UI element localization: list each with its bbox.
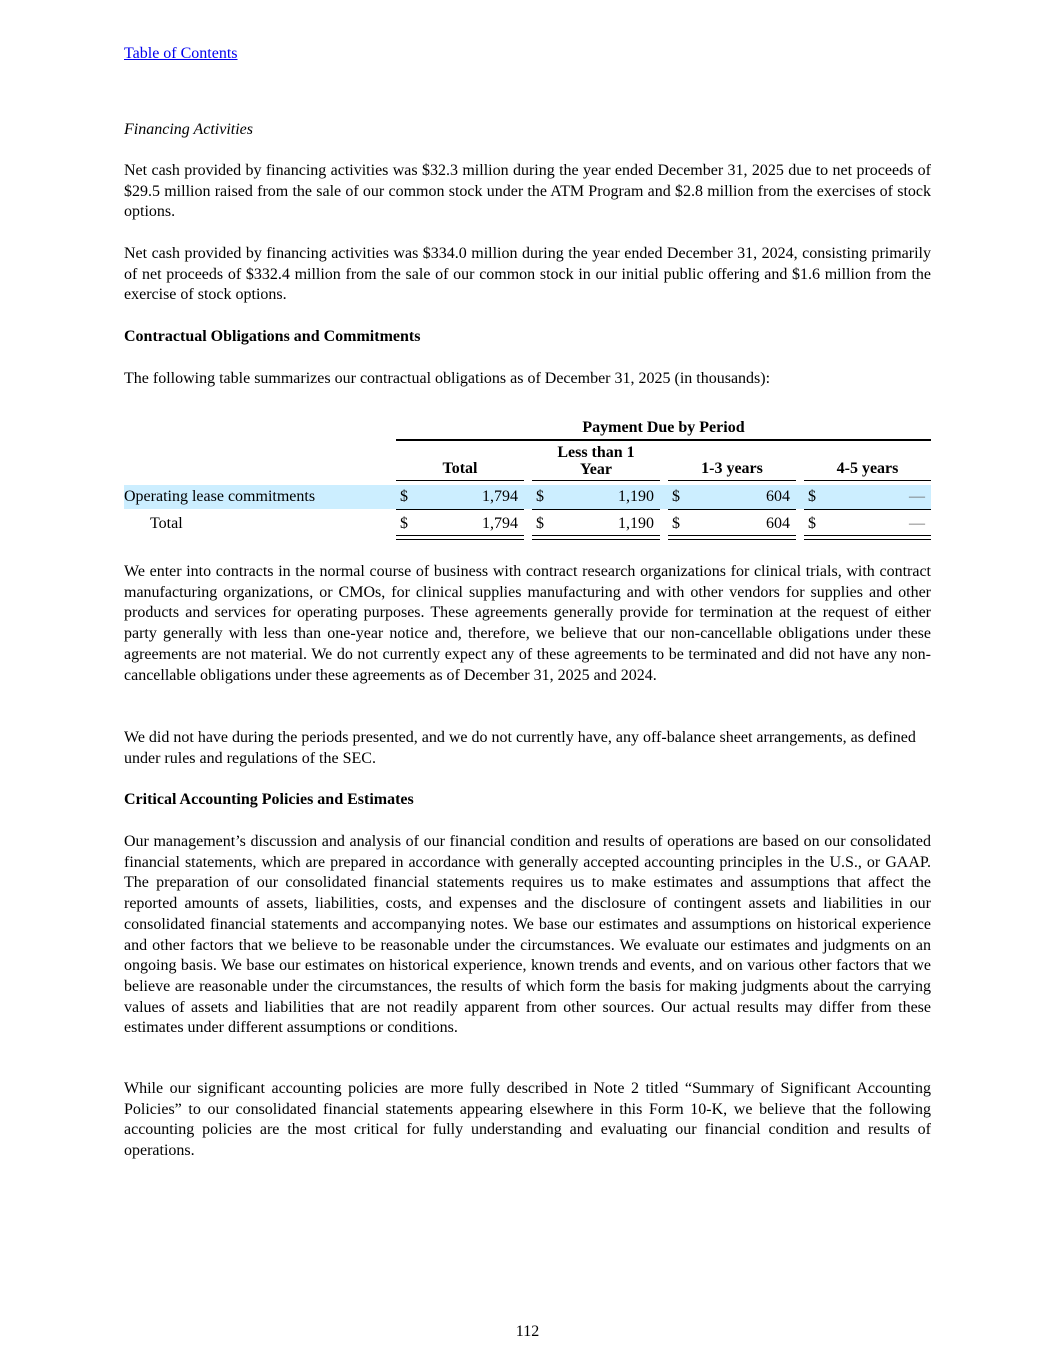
payment-due-by-period-header: Payment Due by Period [396, 418, 931, 441]
total-double-rule [532, 535, 660, 540]
critical-accounting-paragraph-1: Our management’s discussion and analysis… [124, 832, 931, 1039]
cell-total: $ 1,794 [396, 512, 524, 534]
contractual-table-intro: The following table summarizes our contr… [124, 369, 931, 390]
column-header-total: Total [396, 460, 524, 477]
cell-1-3-years: $ 604 [668, 512, 796, 534]
critical-accounting-heading: Critical Accounting Policies and Estimat… [124, 790, 414, 811]
column-header-4-5-years: 4-5 years [804, 460, 931, 477]
table-row-operating-lease: Operating lease commitments $ 1,794 $ 1,… [124, 485, 931, 509]
column-header-less-than-1-year: Less than 1 Year [532, 444, 660, 478]
contracts-paragraph: We enter into contracts in the normal co… [124, 562, 931, 686]
header-rule [396, 480, 524, 481]
header-rule [532, 480, 660, 481]
table-row-total: Total $ 1,794 $ 1,190 $ 604 $ — [124, 512, 931, 536]
critical-accounting-paragraph-2: While our significant accounting policie… [124, 1079, 931, 1162]
column-header-1-3-years: 1-3 years [668, 460, 796, 477]
row-rule [804, 509, 931, 510]
cell-total: $ 1,794 [396, 485, 524, 507]
row-label: Total [150, 514, 183, 535]
page-number: 112 [0, 1322, 1055, 1343]
cell-less-than-1-year: $ 1,190 [532, 512, 660, 534]
total-double-rule [396, 535, 524, 540]
cell-1-3-years: $ 604 [668, 485, 796, 507]
off-balance-sheet-paragraph: We did not have during the periods prese… [124, 728, 931, 769]
row-rule [668, 509, 796, 510]
table-of-contents-link[interactable]: Table of Contents [124, 44, 238, 65]
row-label: Operating lease commitments [124, 487, 315, 508]
total-double-rule [804, 535, 931, 540]
total-double-rule [668, 535, 796, 540]
cell-4-5-years: $ — [804, 512, 931, 534]
financing-activities-heading: Financing Activities [124, 120, 253, 141]
financing-paragraph-2024: Net cash provided by financing activitie… [124, 244, 931, 306]
cell-less-than-1-year: $ 1,190 [532, 485, 660, 507]
contractual-obligations-heading: Contractual Obligations and Commitments [124, 327, 420, 348]
cell-4-5-years: $ — [804, 485, 931, 507]
row-rule [396, 509, 524, 510]
header-rule [804, 480, 931, 481]
header-rule [668, 480, 796, 481]
financing-paragraph-2025: Net cash provided by financing activitie… [124, 161, 931, 223]
row-rule [532, 509, 660, 510]
